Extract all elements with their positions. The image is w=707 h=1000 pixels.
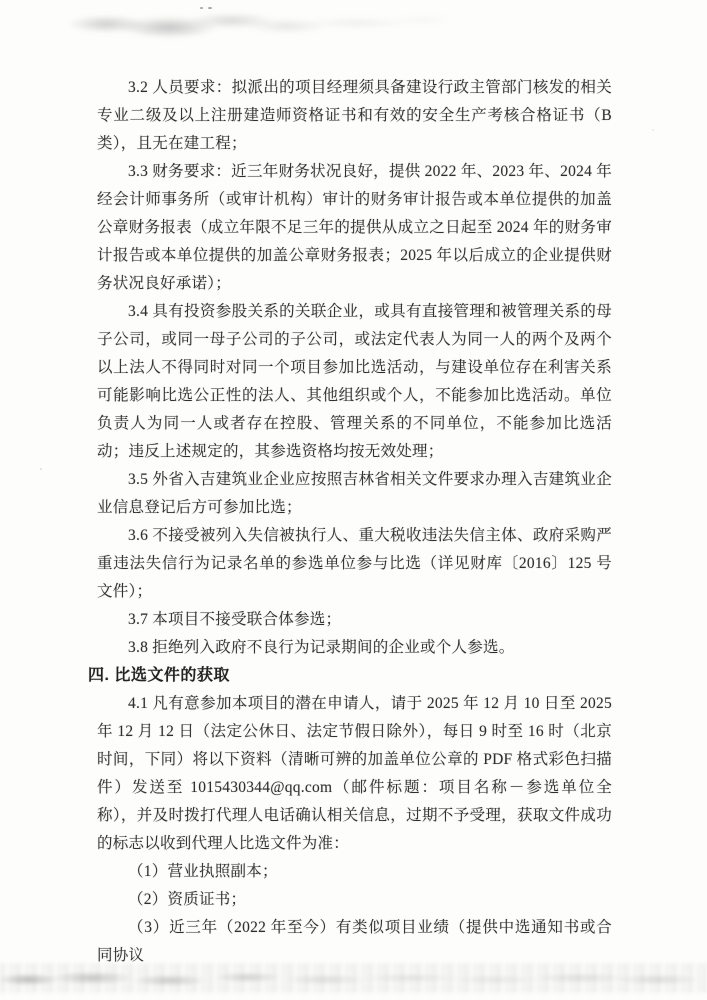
scan-artifact-top-smudge: [60, 3, 450, 45]
scan-artifact-dot: [208, 7, 212, 9]
attachment-item-business-license: （1）营业执照副本；: [97, 858, 612, 886]
clause-4-1-document-acquisition-instructions: 4.1 凡有意参加本项目的潜在申请人，请于 2025 年 12 月 10 日至 …: [97, 690, 612, 858]
attachment-item-qualification-certificate: （2）资质证书；: [97, 886, 612, 914]
clause-3-5-out-of-province-registration: 3.5 外省入吉建筑业企业应按照吉林省相关文件要求办理入吉建筑业企业信息登记后方…: [97, 466, 612, 522]
scan-artifact-bottom-smudge: [0, 963, 707, 993]
clause-3-3-financial-requirements: 3.3 财务要求：近三年财务状况良好，提供 2022 年、2023 年、2024…: [97, 158, 612, 298]
section-4-heading-document-acquisition: 四. 比选文件的获取: [88, 662, 612, 690]
clause-3-4-affiliated-enterprises-restriction: 3.4 具有投资参股关系的关联企业，或具有直接管理和被管理关系的母子公司，或同一…: [97, 298, 612, 466]
scan-artifact-speck: [40, 468, 42, 470]
document-body: 3.2 人员要求：拟派出的项目经理须具备建设行政主管部门核发的相关专业二级及以上…: [97, 74, 612, 970]
attachment-item-similar-project-performance: （3）近三年（2022 年至今）有类似项目业绩（提供中选通知书或合同协议: [97, 914, 612, 970]
scanned-document-page: 3.2 人员要求：拟派出的项目经理须具备建设行政主管部门核发的相关专业二级及以上…: [0, 0, 707, 1000]
clause-3-7-no-consortium: 3.7 本项目不接受联合体参选；: [97, 606, 612, 634]
scan-artifact-dot: [200, 7, 203, 9]
clause-3-2-personnel-requirements: 3.2 人员要求：拟派出的项目经理须具备建设行政主管部门核发的相关专业二级及以上…: [97, 74, 612, 158]
clause-3-8-bad-record-rejection: 3.8 拒绝列入政府不良行为记录期间的企业或个人参选。: [97, 634, 612, 662]
clause-3-6-dishonesty-list-restriction: 3.6 不接受被列入失信被执行人、重大税收违法失信主体、政府采购严重违法失信行为…: [97, 522, 612, 606]
scan-artifact-speck: [652, 129, 654, 131]
